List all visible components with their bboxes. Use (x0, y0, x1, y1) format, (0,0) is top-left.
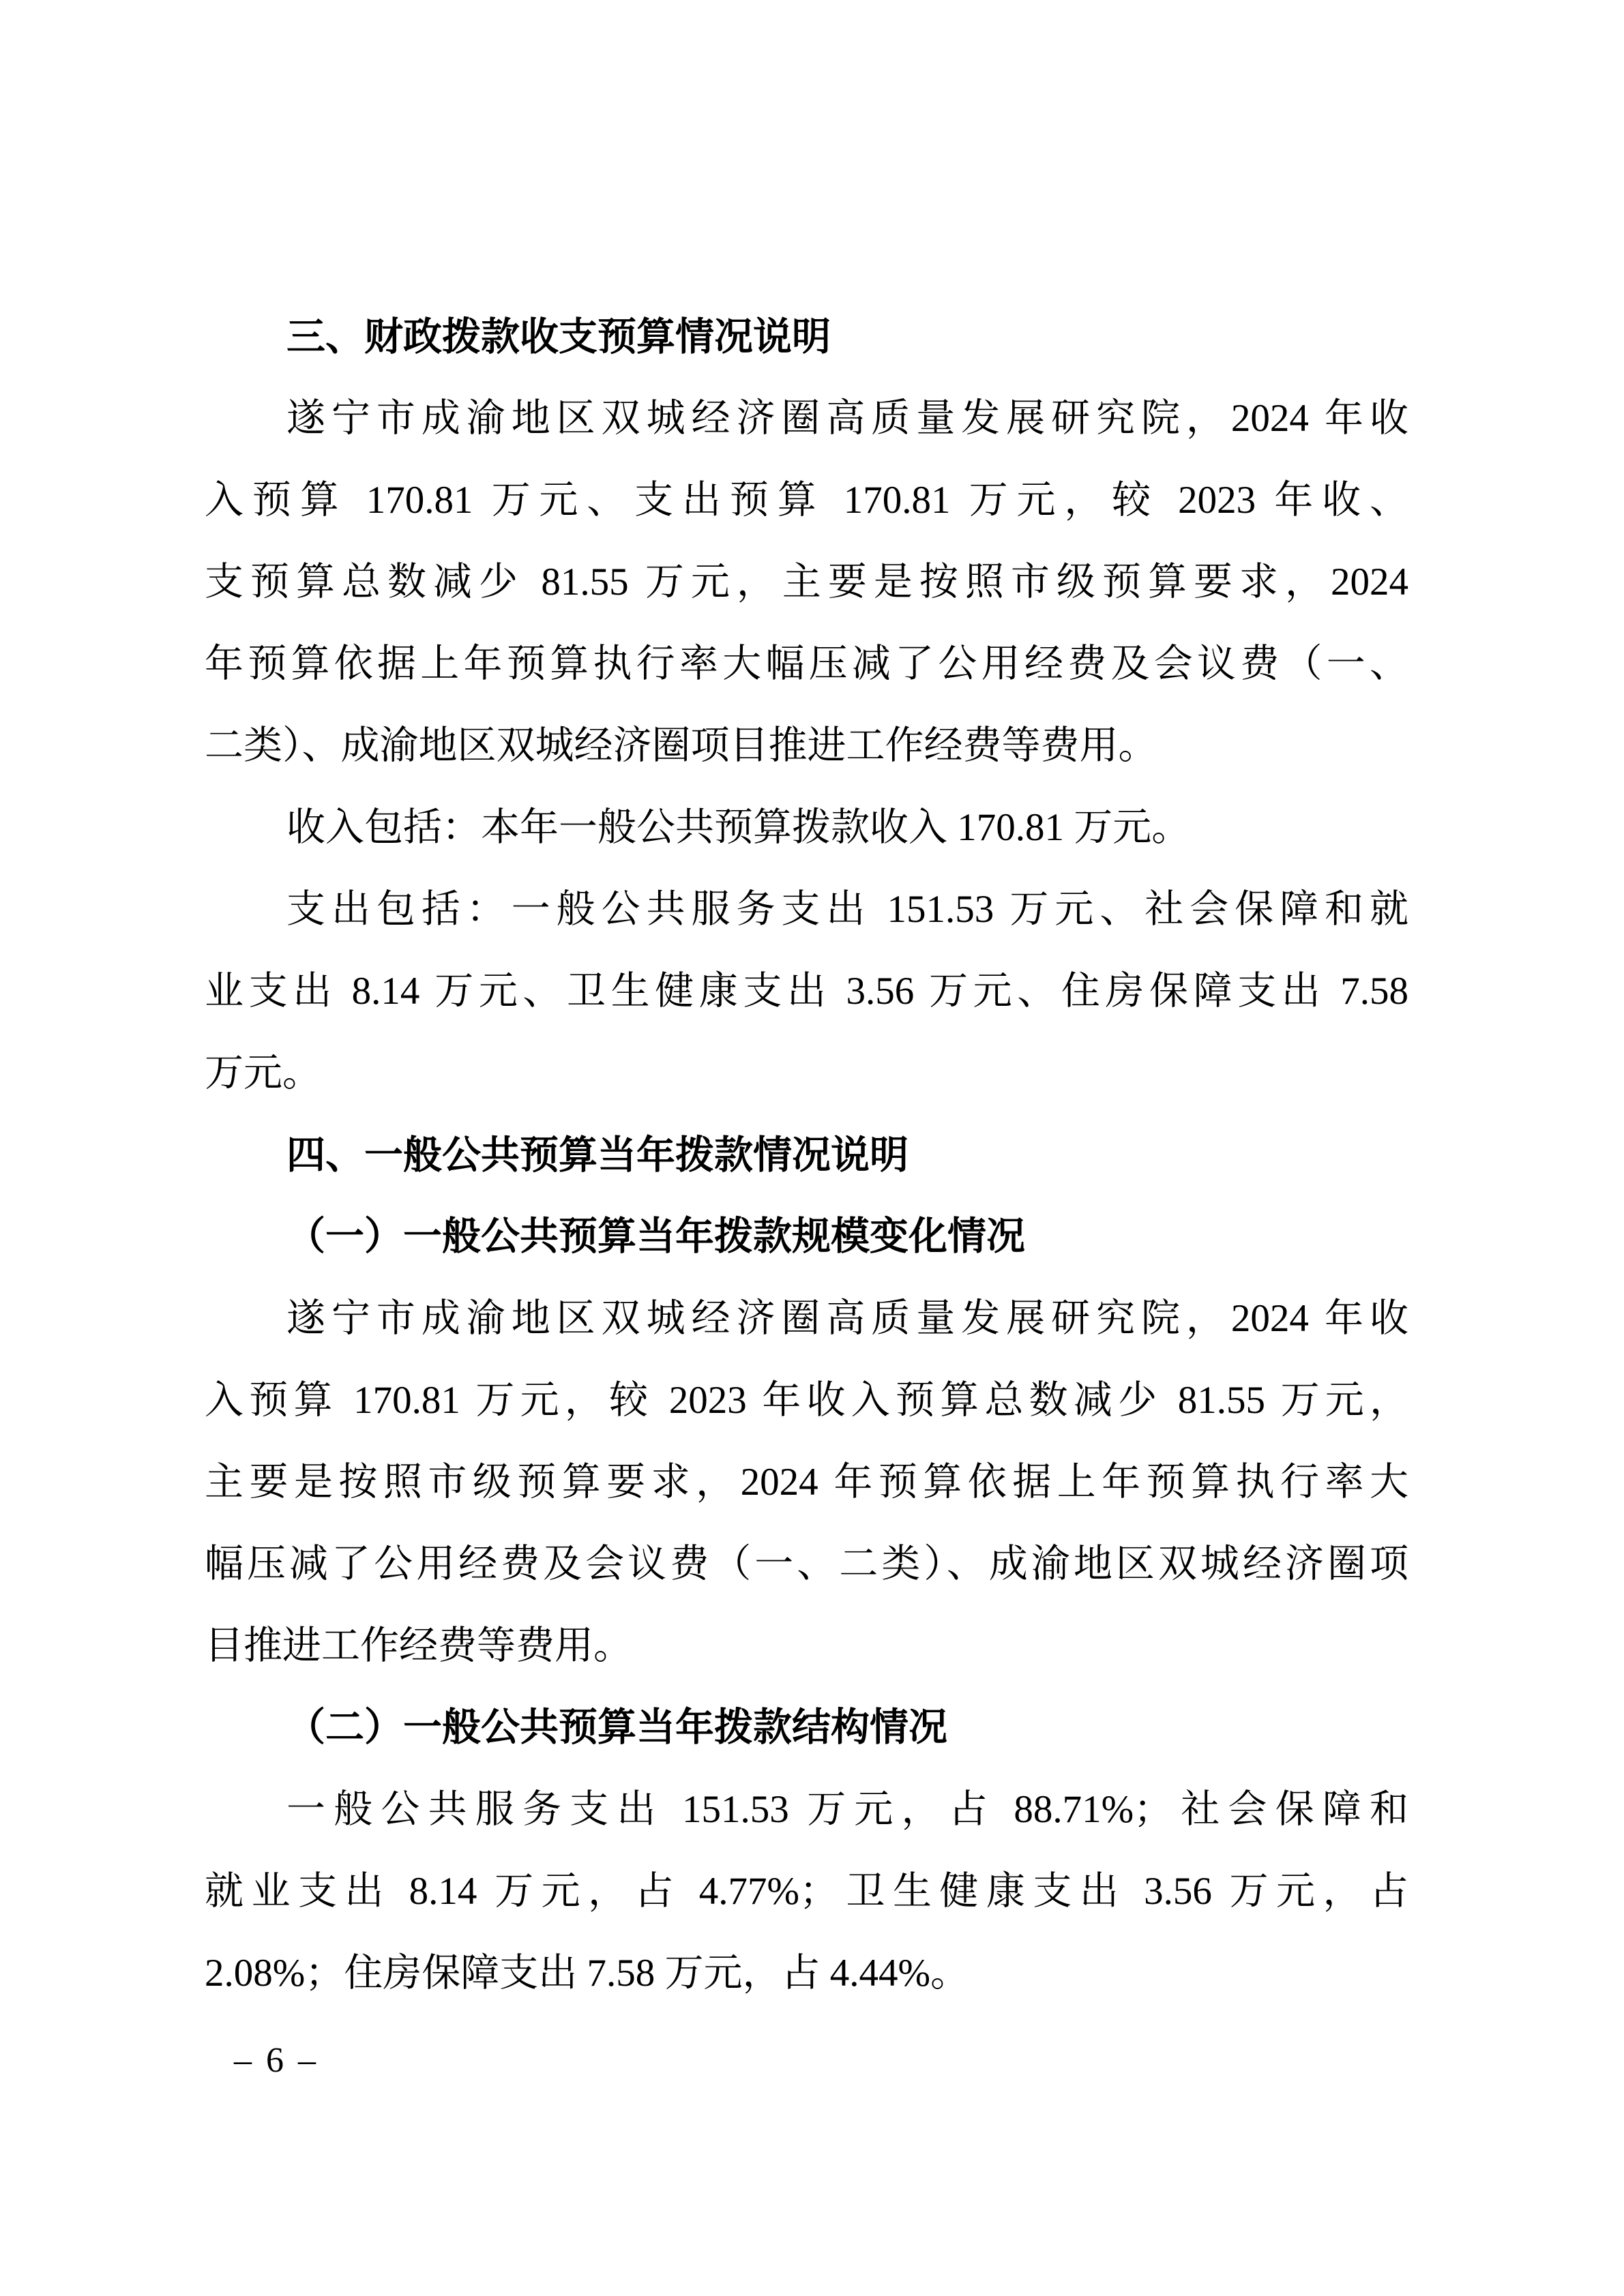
paragraph-line: 主要是按照市级预算要求，2024 年预算依据上年预算执行率大 (205, 1442, 1408, 1523)
paragraph-line: 支出包括：一般公共服务支出 151.53 万元、社会保障和就 (205, 869, 1408, 951)
section-heading-3: 三、财政拨款收支预算情况说明 (205, 296, 1408, 378)
paragraph-line: 遂宁市成渝地区双城经济圈高质量发展研究院，2024 年收 (205, 378, 1408, 460)
paragraph-line: 支预算总数减少 81.55 万元，主要是按照市级预算要求，2024 (205, 541, 1408, 623)
paragraph-line: 年预算依据上年预算执行率大幅压减了公用经费及会议费（一、 (205, 623, 1408, 705)
document-page: 三、财政拨款收支预算情况说明 遂宁市成渝地区双城经济圈高质量发展研究院，2024… (0, 0, 1624, 2296)
paragraph-line: 目推进工作经费等费用。 (205, 1605, 1408, 1687)
paragraph-line: 二类）、成渝地区双城经济圈项目推进工作经费等费用。 (205, 705, 1408, 787)
subsection-heading-1: （一）一般公共预算当年拨款规模变化情况 (205, 1196, 1408, 1278)
paragraph-line: 就业支出 8.14 万元，占 4.77%；卫生健康支出 3.56 万元，占 (205, 1851, 1408, 1933)
subsection-heading-2: （二）一般公共预算当年拨款结构情况 (205, 1687, 1408, 1769)
paragraph-line: 一般公共服务支出 151.53 万元，占 88.71%；社会保障和 (205, 1769, 1408, 1851)
paragraph-line: 幅压减了公用经费及会议费（一、二类）、成渝地区双城经济圈项 (205, 1523, 1408, 1605)
paragraph-line: 业支出 8.14 万元、卫生健康支出 3.56 万元、住房保障支出 7.58 (205, 951, 1408, 1032)
section-heading-4: 四、一般公共预算当年拨款情况说明 (205, 1114, 1408, 1196)
paragraph-line: 万元。 (205, 1032, 1408, 1114)
paragraph-line: 入预算 170.81 万元、支出预算 170.81 万元，较 2023 年收、 (205, 460, 1408, 541)
document-body: 三、财政拨款收支预算情况说明 遂宁市成渝地区双城经济圈高质量发展研究院，2024… (205, 296, 1408, 2014)
paragraph-line: 收入包括：本年一般公共预算拨款收入 170.81 万元。 (205, 787, 1408, 869)
page-number: – 6 – (205, 2042, 319, 2080)
paragraph-line: 2.08%；住房保障支出 7.58 万元，占 4.44%。 (205, 1933, 1408, 2014)
paragraph-line: 入预算 170.81 万元，较 2023 年收入预算总数减少 81.55 万元， (205, 1360, 1408, 1442)
paragraph-line: 遂宁市成渝地区双城经济圈高质量发展研究院，2024 年收 (205, 1278, 1408, 1360)
